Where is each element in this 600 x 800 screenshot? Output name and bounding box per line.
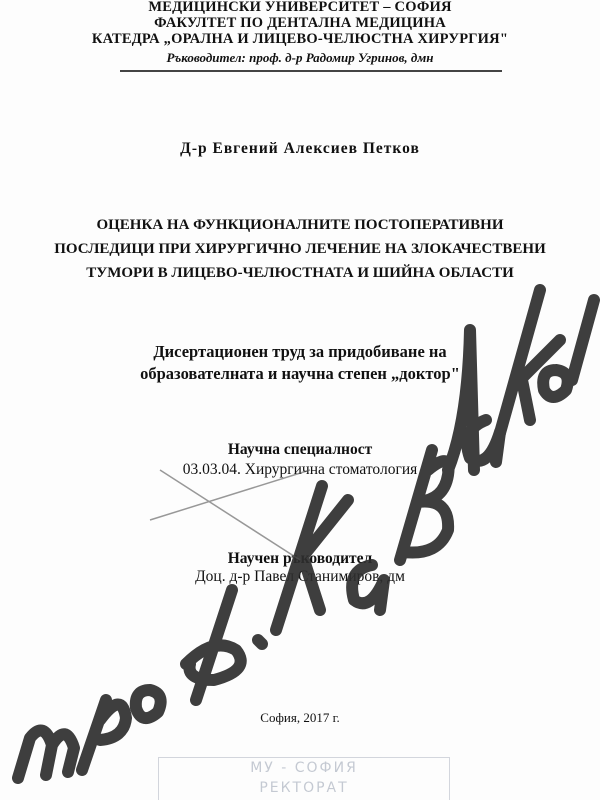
header-divider [120, 70, 502, 72]
department-name: КАТЕДРА „ОРАЛНА И ЛИЦЕВО-ЧЕЛЮСТНА ХИРУРГ… [0, 32, 600, 47]
faculty-name: ФАКУЛТЕТ ПО ДЕНТАЛНА МЕДИЦИНА [0, 16, 600, 31]
specialty-value: 03.03.04. Хирургична стоматология [0, 461, 600, 479]
thesis-title: ОЦЕНКА НА ФУНКЦИОНАЛНИТЕ ПОСТОПЕРАТИВНИ … [0, 213, 600, 285]
handwritten-signature [0, 0, 600, 800]
title-line: ПОСЛЕДИЦИ ПРИ ХИРУРГИЧНО ЛЕЧЕНИЕ НА ЗЛОК… [0, 237, 600, 261]
supervisor-label: Научен ръководител [0, 550, 600, 568]
place-year: София, 2017 г. [0, 710, 600, 726]
supervisor-value: Доц. д-р Павел Станимиров, дм [0, 568, 600, 586]
university-name: МЕДИЦИНСКИ УНИВЕРСИТЕТ – СОФИЯ [0, 0, 600, 15]
title-line: ТУМОРИ В ЛИЦЕВО-ЧЕЛЮСТНАТА И ШИЙНА ОБЛАС… [0, 261, 600, 285]
faded-stamp: МУ - СОФИЯ РЕКТОРАТ [158, 757, 450, 800]
title-line: ОЦЕНКА НА ФУНКЦИОНАЛНИТЕ ПОСТОПЕРАТИВНИ [0, 213, 600, 237]
department-head: Ръководител: проф. д-р Радомир Угринов, … [0, 50, 600, 66]
specialty-label: Научна специалност [0, 441, 600, 459]
dissertation-line: образователната и научна степен „доктор" [0, 363, 600, 385]
dissertation-statement: Дисертационен труд за придобиване на обр… [0, 341, 600, 385]
dissertation-line: Дисертационен труд за придобиване на [0, 341, 600, 363]
document-page: МЕДИЦИНСКИ УНИВЕРСИТЕТ – СОФИЯ ФАКУЛТЕТ … [0, 0, 600, 800]
author-name: Д-р Евгений Алексиев Петков [0, 140, 600, 158]
